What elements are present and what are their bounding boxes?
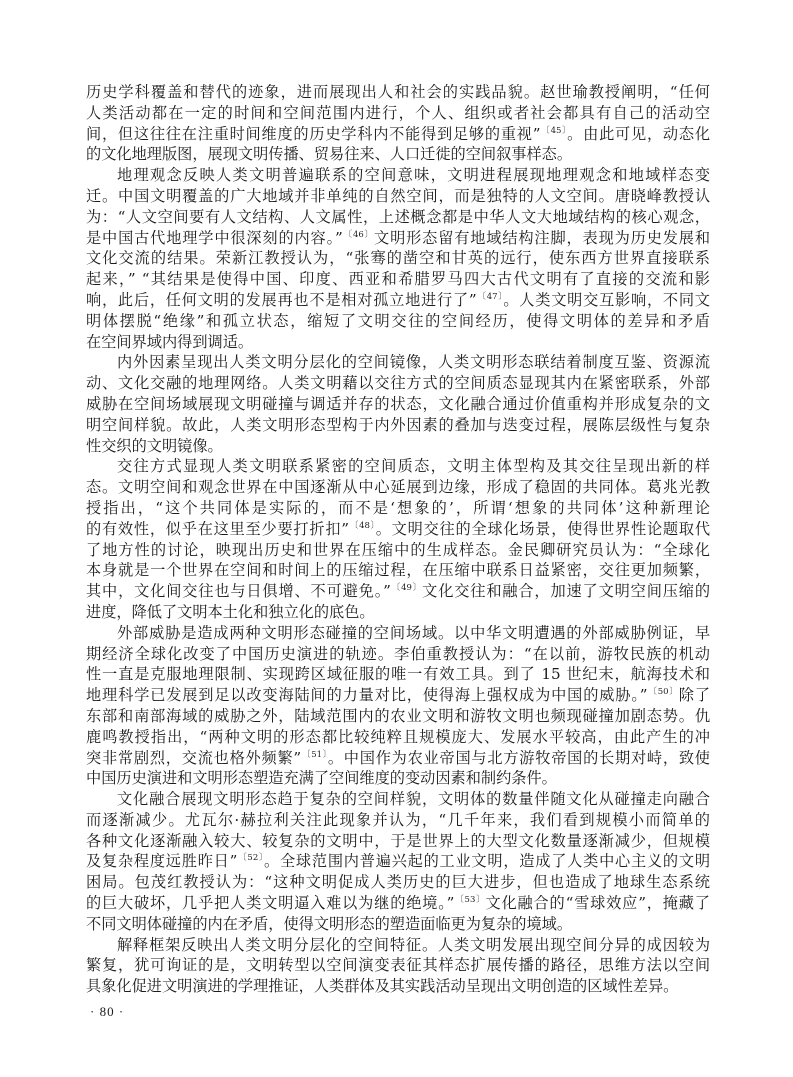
text-segment: 文化融合展现文明形态趋于复杂的空间样貌，文明体的数量伴随文化从碰撞走向融合 [117, 790, 710, 808]
text-segment: 而逐渐减少。尤瓦尔·赫拉利关注此现象并认为，“几千年来，我们看到规模小而简单的 [86, 811, 710, 829]
text-segment: 在空间界域内得到调适。 [86, 333, 253, 351]
paragraph: 内外因素呈现出人类文明分层化的空间镜像，人类文明形态联结着制度互鉴、资源流动、文… [86, 352, 710, 456]
citation-marker: 〔45〕 [541, 126, 568, 136]
citation-marker: 〔48〕 [349, 521, 376, 531]
text-segment: 本身就是一个世界在空间和时间上的压缩过程，在压缩中联系日益紧密，交往更加频繁， [86, 561, 710, 579]
citation-marker: 〔46〕 [343, 230, 374, 240]
text-segment: 的文化地理版图，展现文明传播、贸易往来、人口迁徙的空间叙事样态。 [86, 145, 572, 163]
citation-marker: 〔53〕 [454, 895, 485, 905]
document-page: 历史学科覆盖和替代的迹象，进而展现出人和社会的实践品貌。赵世瑜教授阐明，“任何人… [0, 0, 793, 1077]
text-line: 困局。包茂红教授认为：“这种文明促成人类历史的巨大进步，但也造成了地球生态系统 [86, 872, 710, 893]
text-segment: 态。文明空间和观念世界在中国逐渐从中心延展到边缘，形成了稳固的共同体。葛兆光教 [86, 478, 710, 496]
text-line: 内外因素呈现出人类文明分层化的空间镜像，人类文明形态联结着制度互鉴、资源流 [86, 352, 710, 373]
text-line: 中国历史演进和文明形态塑造充满了空间维度的变动因素和制约条件。 [86, 768, 710, 789]
text-segment: 期经济全球化改变了中国历史演进的轨迹。李伯重教授认为：“在以前，游牧民族的机动 [86, 645, 710, 663]
text-segment: 。人类文明交互影响，不同文 [503, 291, 710, 309]
text-segment: 起来，” “其结果是使得中国、印度、西亚和希腊罗马四大古代文明有了直接的交流和影 [86, 270, 710, 288]
text-segment: 人类活动都在一定的时间和空间范围内进行，个人、组织或者社会都具有自己的活动空 [86, 104, 710, 122]
text-line: 不同文明体碰撞的内在矛盾，使得文明形态的塑造面临更为复杂的境域。 [86, 914, 710, 935]
text-segment: 文化交流的结果。荣新江教授认为，“张骞的凿空和甘英的远行，使东西方世界直接联系 [86, 249, 710, 267]
article-body: 历史学科覆盖和替代的迹象，进而展现出人和社会的实践品貌。赵世瑜教授阐明，“任何人… [86, 82, 710, 997]
text-segment: 。中国作为农业帝国与北方游牧帝国的长期对峙，致使 [328, 749, 710, 767]
text-line: 的巨大破坏，几乎把人类文明逼入难以为继的绝境。”〔53〕文化融合的“雪球效应”，… [86, 893, 710, 914]
text-line: 人类活动都在一定的时间和空间范围内进行，个人、组织或者社会都具有自己的活动空 [86, 103, 710, 124]
citation-marker: 〔49〕 [391, 583, 422, 593]
text-segment: 文明形态留有地域结构注脚，表现为历史发展和 [374, 229, 710, 247]
citation-marker: 〔47〕 [477, 292, 504, 302]
text-segment: 性交织的文明镜像。 [86, 437, 223, 455]
paragraph: 解释框架反映出人类文明分层化的空间特征。人类文明发展出现空间分异的成因较为繁复，… [86, 935, 710, 997]
text-line: 各种文化逐渐融入较大、较复杂的文明中，于是世界上的大型文化数量逐渐减少，但规模 [86, 831, 710, 852]
text-segment: 地理科学已发展到足以改变海陆间的力量对比，使得海上强权成为中国的威胁。” [86, 686, 648, 704]
text-line: 东部和南部海域的威胁之外，陆域范围内的农业文明和游牧文明也频现碰撞加剧态势。仇 [86, 706, 710, 727]
text-segment: 为：“人文空间要有人文结构、人文属性，上述概念都是中华人文大地域结构的核心观念， [86, 208, 710, 226]
text-segment: 地理观念反映人类文明普遍联系的空间意味，文明进程展现地理观念和地域样态变 [117, 166, 710, 184]
text-line: 及复杂程度远胜昨日”〔52〕。全球范围内普遍兴起的工业文明，造成了人类中心主义的… [86, 851, 710, 872]
text-line: 迁。中国文明覆盖的广大地域并非单纯的自然空间，而是独特的人文空间。唐晓峰教授认 [86, 186, 710, 207]
text-segment: 突非常剧烈，交流也格外频繁” [86, 749, 301, 767]
text-segment: 东部和南部海域的威胁之外，陆域范围内的农业文明和游牧文明也频现碰撞加剧态势。仇 [86, 707, 710, 725]
text-line: 态。文明空间和观念世界在中国逐渐从中心延展到边缘，形成了稳固的共同体。葛兆光教 [86, 477, 710, 498]
text-segment: 外部威胁是造成两种文明形态碰撞的空间场域。以中华文明遭遇的外部威胁例证，早 [117, 624, 710, 642]
text-line: 明空间样貌。故此，人类文明形态型构于内外因素的叠加与迭变过程，展陈层级性与复杂 [86, 415, 710, 436]
text-line: 威胁在空间场域展现文明碰撞与调适并存的状态，文化融合通过价值重构并形成复杂的文 [86, 394, 710, 415]
text-segment: 其中，文化间交往也与日俱增、不可避免。” [86, 582, 391, 600]
text-segment: 文化交往和融合，加速了文明空间压缩的 [422, 582, 710, 600]
text-line: 繁复，犹可询证的是，文明转型以空间演变表征其样态扩展传播的路径，思维方法以空间 [86, 955, 710, 976]
text-segment: 鹿鸣教授指出，“两种文明的形态都比较纯粹且规模庞大、发展水平较高，由此产生的冲 [86, 728, 710, 746]
text-line: 的文化地理版图，展现文明传播、贸易往来、人口迁徙的空间叙事样态。 [86, 144, 710, 165]
text-segment: 是中国古代地理学中很深刻的内容。” [86, 229, 343, 247]
text-line: 起来，” “其结果是使得中国、印度、西亚和希腊罗马四大古代文明有了直接的交流和影 [86, 269, 710, 290]
text-line: 性交织的文明镜像。 [86, 436, 710, 457]
text-line: 解释框架反映出人类文明分层化的空间特征。人类文明发展出现空间分异的成因较为 [86, 935, 710, 956]
citation-marker: 〔52〕 [237, 853, 264, 863]
text-segment: 的有效性，似乎在这里至少要打折扣” [86, 520, 349, 538]
text-line: 外部威胁是造成两种文明形态碰撞的空间场域。以中华文明遭遇的外部威胁例证，早 [86, 623, 710, 644]
text-line: 而逐渐减少。尤瓦尔·赫拉利关注此现象并认为，“几千年来，我们看到规模小而简单的 [86, 810, 710, 831]
text-line: 性一直是克服地理限制、实现跨区域征服的唯一有效工具。到了 15 世纪末，航海技术… [86, 664, 710, 685]
text-segment: 威胁在空间场域展现文明碰撞与调适并存的状态，文化融合通过价值重构并形成复杂的文 [86, 395, 710, 413]
text-line: 文化交流的结果。荣新江教授认为，“张骞的凿空和甘英的远行，使东西方世界直接联系 [86, 248, 710, 269]
text-segment: 。文明交往的全球化场景，使得世界性论题取代 [376, 520, 710, 538]
text-line: 响，此后，任何文明的发展再也不是相对孤立地进行了”〔47〕。人类文明交互影响，不… [86, 290, 710, 311]
text-line: 地理科学已发展到足以改变海陆间的力量对比，使得海上强权成为中国的威胁。”〔50〕… [86, 685, 710, 706]
text-segment: 的巨大破坏，几乎把人类文明逼入难以为继的绝境。” [86, 894, 454, 912]
text-line: 历史学科覆盖和替代的迹象，进而展现出人和社会的实践品貌。赵世瑜教授阐明，“任何 [86, 82, 710, 103]
text-segment: 中国历史演进和文明形态塑造充满了空间维度的变动因素和制约条件。 [86, 769, 557, 787]
text-segment: 具象化促进文明演进的学理推证，人类群体及其实践活动呈现出文明创造的区域性差异。 [86, 977, 678, 995]
text-line: 是中国古代地理学中很深刻的内容。”〔46〕文明形态留有地域结构注脚，表现为历史发… [86, 228, 710, 249]
text-segment: 间，但这往往在注重时间维度的历史学科内不能得到足够的重视” [86, 125, 541, 143]
text-segment: 困局。包茂红教授认为：“这种文明促成人类历史的巨大进步，但也造成了地球生态系统 [86, 873, 710, 891]
text-line: 的有效性，似乎在这里至少要打折扣”〔48〕。文明交往的全球化场景，使得世界性论题… [86, 519, 710, 540]
text-line: 地理观念反映人类文明普遍联系的空间意味，文明进程展现地理观念和地域样态变 [86, 165, 710, 186]
paragraph: 外部威胁是造成两种文明形态碰撞的空间场域。以中华文明遭遇的外部威胁例证，早期经济… [86, 623, 710, 789]
text-segment: 明空间样貌。故此，人类文明形态型构于内外因素的叠加与迭变过程，展陈层级性与复杂 [86, 416, 710, 434]
text-segment: 动、文化交融的地理网络。人类文明藉以交往方式的空间质态显现其内在紧密联系，外部 [86, 374, 710, 392]
text-segment: 交往方式显现人类文明联系紧密的空间质态，文明主体型构及其交往呈现出新的样 [117, 457, 710, 475]
text-segment: 授指出，“这个共同体是实际的，而不是‘想象的’，所谓‘想象的共同体’这种新理论 [86, 499, 710, 517]
text-segment: 进度，降低了文明本土化和独立化的底色。 [86, 603, 375, 621]
paragraph: 交往方式显现人类文明联系紧密的空间质态，文明主体型构及其交往呈现出新的样态。文明… [86, 456, 710, 622]
text-segment: 不同文明体碰撞的内在矛盾，使得文明形态的塑造面临更为复杂的境域。 [86, 915, 572, 933]
text-segment: 除了 [679, 686, 710, 704]
text-segment: 迁。中国文明覆盖的广大地域并非单纯的自然空间，而是独特的人文空间。唐晓峰教授认 [86, 187, 710, 205]
text-segment: 。全球范围内普遍兴起的工业文明，造成了人类中心主义的文明 [264, 852, 710, 870]
paragraph: 历史学科覆盖和替代的迹象，进而展现出人和社会的实践品貌。赵世瑜教授阐明，“任何人… [86, 82, 710, 165]
text-line: 具象化促进文明演进的学理推证，人类群体及其实践活动呈现出文明创造的区域性差异。 [86, 976, 710, 997]
text-line: 了地方性的讨论，映现出历史和世界在压缩中的生成样态。金民卿研究员认为：“全球化 [86, 540, 710, 561]
text-line: 其中，文化间交往也与日俱增、不可避免。”〔49〕文化交往和融合，加速了文明空间压… [86, 581, 710, 602]
text-line: 文化融合展现文明形态趋于复杂的空间样貌，文明体的数量伴随文化从碰撞走向融合 [86, 789, 710, 810]
text-line: 交往方式显现人类文明联系紧密的空间质态，文明主体型构及其交往呈现出新的样 [86, 456, 710, 477]
text-segment: 文化融合的“雪球效应”，掩藏了 [486, 894, 710, 912]
text-line: 本身就是一个世界在空间和时间上的压缩过程，在压缩中联系日益紧密，交往更加频繁， [86, 560, 710, 581]
text-segment: 各种文化逐渐融入较大、较复杂的文明中，于是世界上的大型文化数量逐渐减少，但规模 [86, 832, 710, 850]
text-line: 明体摆脱“绝缘”和孤立状态，缩短了文明交往的空间经历，使得文明体的差异和矛盾 [86, 311, 710, 332]
text-line: 为：“人文空间要有人文结构、人文属性，上述概念都是中华人文大地域结构的核心观念， [86, 207, 710, 228]
text-line: 进度，降低了文明本土化和独立化的底色。 [86, 602, 710, 623]
text-line: 动、文化交融的地理网络。人类文明藉以交往方式的空间质态显现其内在紧密联系，外部 [86, 373, 710, 394]
paragraph: 文化融合展现文明形态趋于复杂的空间样貌，文明体的数量伴随文化从碰撞走向融合而逐渐… [86, 789, 710, 935]
text-segment: 响，此后，任何文明的发展再也不是相对孤立地进行了” [86, 291, 477, 309]
text-line: 突非常剧烈，交流也格外频繁”〔51〕。中国作为农业帝国与北方游牧帝国的长期对峙，… [86, 748, 710, 769]
paragraph: 地理观念反映人类文明普遍联系的空间意味，文明进程展现地理观念和地域样态变迁。中国… [86, 165, 710, 352]
text-segment: 历史学科覆盖和替代的迹象，进而展现出人和社会的实践品貌。赵世瑜教授阐明，“任何 [86, 83, 710, 101]
citation-marker: 〔50〕 [648, 687, 679, 697]
text-segment: 明体摆脱“绝缘”和孤立状态，缩短了文明交往的空间经历，使得文明体的差异和矛盾 [86, 312, 710, 330]
text-line: 在空间界域内得到调适。 [86, 332, 710, 353]
text-line: 间，但这往往在注重时间维度的历史学科内不能得到足够的重视”〔45〕。由此可见，动… [86, 124, 710, 145]
page-number: · 80 · [90, 1004, 124, 1020]
text-segment: 了地方性的讨论，映现出历史和世界在压缩中的生成样态。金民卿研究员认为：“全球化 [86, 541, 710, 559]
text-segment: 繁复，犹可询证的是，文明转型以空间演变表征其样态扩展传播的路径，思维方法以空间 [86, 956, 710, 974]
citation-marker: 〔51〕 [301, 750, 328, 760]
text-segment: 及复杂程度远胜昨日” [86, 852, 237, 870]
text-segment: 。由此可见，动态化 [567, 125, 710, 143]
text-segment: 解释框架反映出人类文明分层化的空间特征。人类文明发展出现空间分异的成因较为 [117, 936, 710, 954]
text-segment: 内外因素呈现出人类文明分层化的空间镜像，人类文明形态联结着制度互鉴、资源流 [117, 353, 710, 371]
text-segment: 性一直是克服地理限制、实现跨区域征服的唯一有效工具。到了 15 世纪末，航海技术… [86, 665, 710, 683]
text-line: 授指出，“这个共同体是实际的，而不是‘想象的’，所谓‘想象的共同体’这种新理论 [86, 498, 710, 519]
text-line: 期经济全球化改变了中国历史演进的轨迹。李伯重教授认为：“在以前，游牧民族的机动 [86, 644, 710, 665]
text-line: 鹿鸣教授指出，“两种文明的形态都比较纯粹且规模庞大、发展水平较高，由此产生的冲 [86, 727, 710, 748]
